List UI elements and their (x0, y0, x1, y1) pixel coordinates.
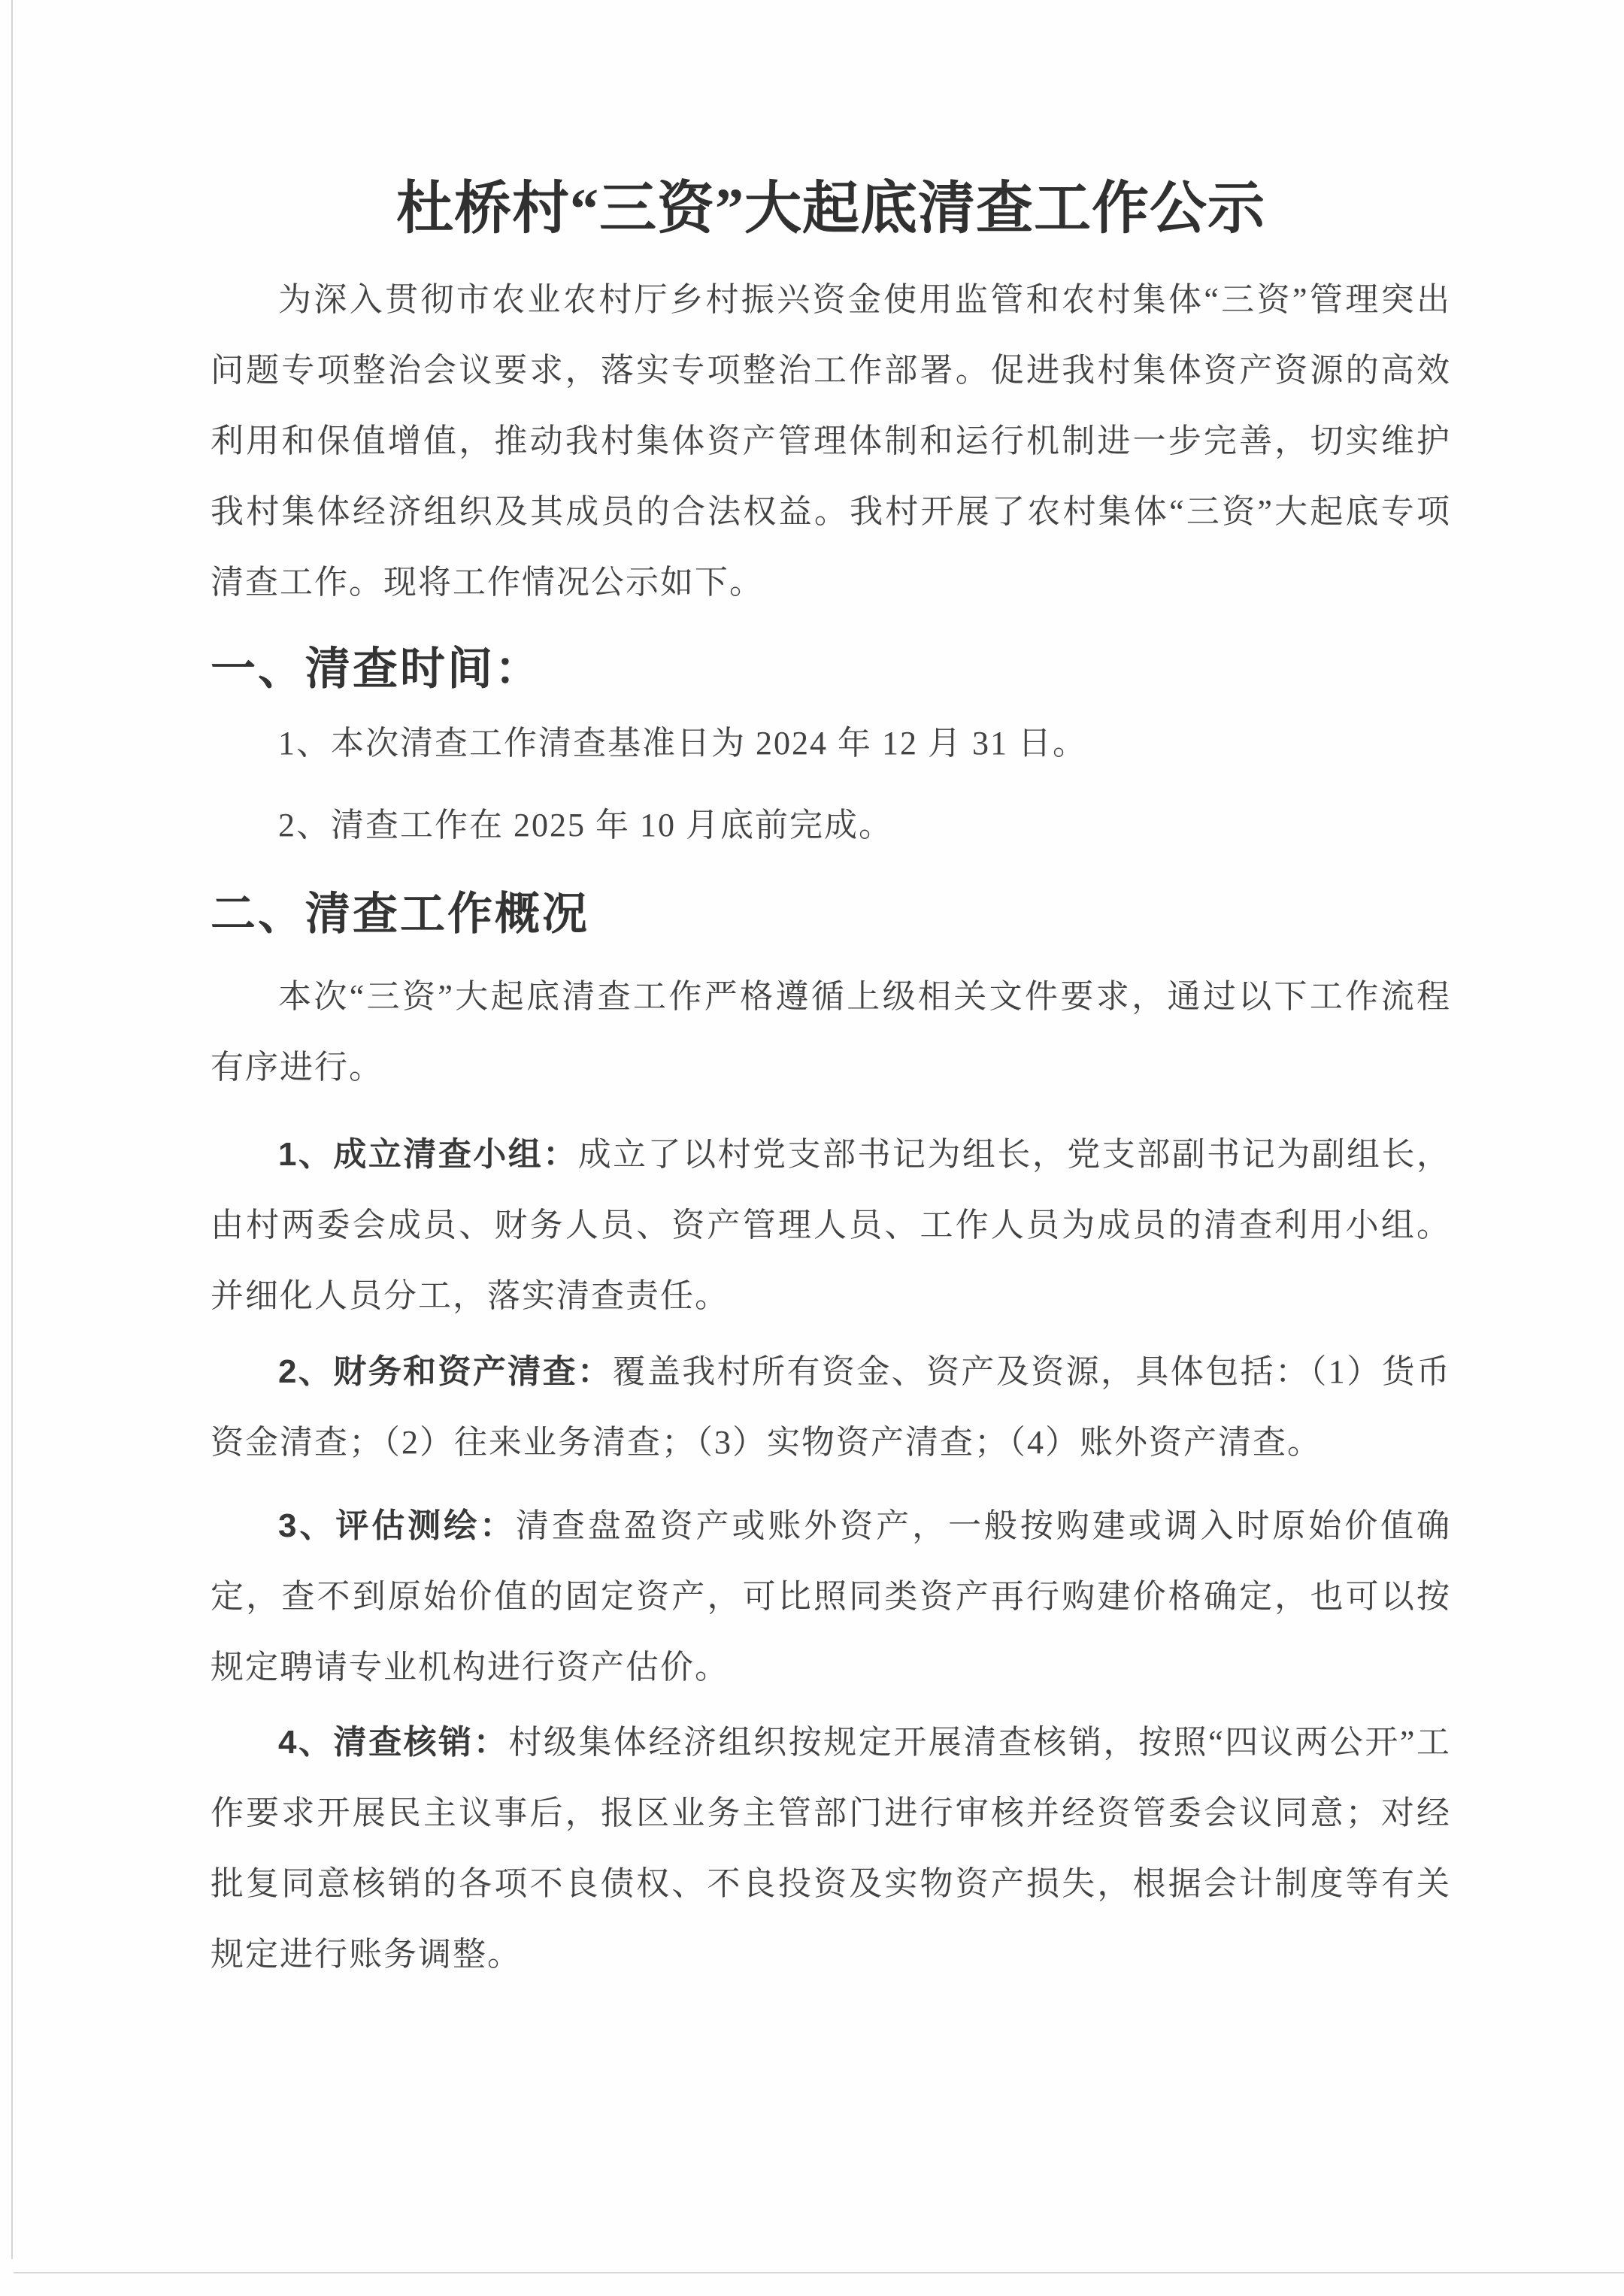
section-1-heading: 一、清查时间： (211, 642, 1451, 696)
work-item-4: 4、清查核销：村级集体经济组织按规定开展清查核销，按照“四议两公开”工作要求开展… (211, 1707, 1451, 1990)
intro-paragraph: 为深入贯彻市农业农村厅乡村振兴资金使用监管和农村集体“三资”管理突出问题专项整治… (211, 265, 1451, 618)
work-item-1: 1、成立清查小组：成立了以村党支部书记为组长，党支部副书记为副组长，由村两委会成… (211, 1119, 1451, 1331)
work-item-3: 3、评估测绘：清查盘盈资产或账外资产，一般按购建或调入时原始价值确定，查不到原始… (211, 1491, 1451, 1703)
page-bottom-edge-line (14, 2272, 1624, 2273)
page-left-edge-line (11, 0, 13, 2259)
scanned-document-page: 杜桥村“三资”大起底清查工作公示 为深入贯彻市农业农村厅乡村振兴资金使用监管和农… (0, 0, 1624, 2296)
section-2-intro: 本次“三资”大起底清查工作严格遵循上级相关文件要求，通过以下工作流程有序进行。 (211, 962, 1451, 1103)
work-item-2: 2、财务和资产清查：覆盖我村所有资金、资产及资源，具体包括：（1）货币资金清查；… (211, 1337, 1451, 1478)
work-item-3-lead: 3、评估测绘： (278, 1507, 516, 1544)
work-item-1-lead: 1、成立清查小组： (278, 1136, 578, 1173)
work-item-4-text: 村级集体经济组织按规定开展清查核销，按照“四议两公开”工作要求开展民主议事后，报… (211, 1724, 1451, 1973)
work-item-4-lead: 4、清查核销： (278, 1724, 508, 1761)
work-item-2-lead: 2、财务和资产清查： (278, 1353, 612, 1390)
section-1-item-2: 2、清查工作在 2025 年 10 月底前完成。 (211, 790, 1451, 861)
section-2-heading: 二、清查工作概况 (211, 887, 1451, 941)
section-1-item-1: 1、本次清查工作清查基准日为 2024 年 12 月 31 日。 (211, 708, 1451, 779)
page-title: 杜桥村“三资”大起底清查工作公示 (211, 171, 1451, 247)
